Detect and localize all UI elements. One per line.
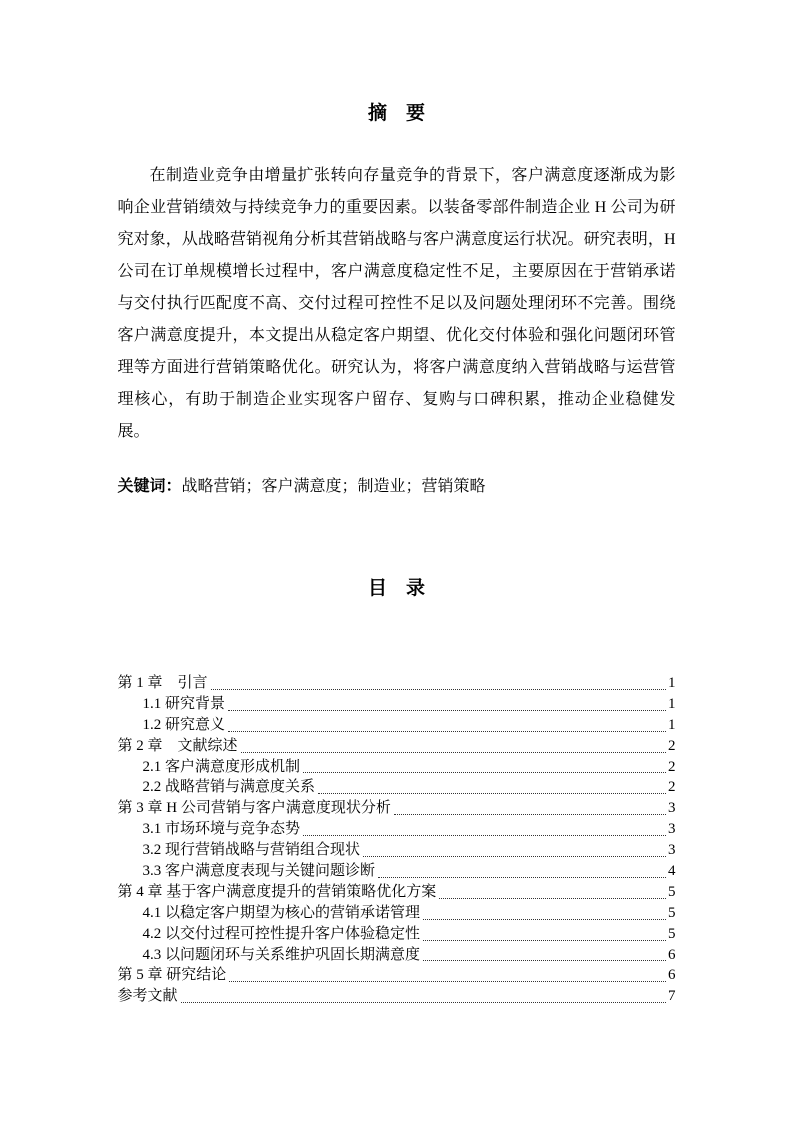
toc-page-number: 3 [668,819,676,840]
toc-title: 目 录 [0,578,793,600]
toc-list: 第 1 章 引言11.1 研究背景11.2 研究意义1第 2 章 文献综述22.… [118,673,676,1007]
toc-page-number: 1 [668,694,676,715]
keywords-line: 关键词：战略营销；客户满意度；制造业；营销策略 [118,475,676,499]
toc-entry-label: 4.1 以稳定客户期望为核心的营销承诺管理 [143,903,421,924]
toc-entry[interactable]: 第 2 章 文献综述2 [118,736,676,757]
toc-leader-dots [363,856,666,857]
toc-leader-dots [181,1002,666,1003]
toc-page-number: 5 [668,882,676,903]
toc-entry-label: 4.2 以交付过程可控性提升客户体验稳定性 [143,924,421,945]
toc-leader-dots [211,689,666,690]
toc-entry-label: 第 2 章 文献综述 [118,736,238,757]
toc-entry[interactable]: 第 3 章 H 公司营销与客户满意度现状分析3 [118,798,676,819]
toc-leader-dots [423,940,666,941]
toc-leader-dots [303,772,666,773]
toc-entry[interactable]: 第 5 章 研究结论6 [118,965,676,986]
toc-leader-dots [378,877,666,878]
toc-entry-label: 第 5 章 研究结论 [118,965,227,986]
toc-page-number: 6 [668,945,676,966]
toc-leader-dots [228,731,666,732]
toc-entry[interactable]: 4.3 以问题闭环与关系维护巩固长期满意度6 [118,945,676,966]
toc-page-number: 2 [668,777,676,798]
toc-page-number: 5 [668,903,676,924]
abstract-paragraph: 在制造业竞争由增量扩张转向存量竞争的背景下，客户满意度逐渐成为影响企业营销绩效与… [118,160,676,448]
toc-entry[interactable]: 2.2 战略营销与满意度关系2 [118,777,676,798]
toc-entry-label: 2.1 客户满意度形成机制 [143,757,301,778]
toc-leader-dots [228,710,666,711]
toc-entry-label: 3.3 客户满意度表现与关键问题诊断 [143,861,376,882]
toc-entry-label: 2.2 战略营销与满意度关系 [143,777,316,798]
abstract-title: 摘 要 [0,103,793,125]
toc-leader-dots [439,898,666,899]
toc-page-number: 6 [668,965,676,986]
document-page: 摘 要 在制造业竞争由增量扩张转向存量竞争的背景下，客户满意度逐渐成为影响企业营… [0,0,793,1122]
toc-entry-label: 参考文献 [118,986,178,1007]
toc-entry[interactable]: 第 1 章 引言1 [118,673,676,694]
toc-entry-label: 3.1 市场环境与竞争态势 [143,819,301,840]
toc-entry-label: 4.3 以问题闭环与关系维护巩固长期满意度 [143,945,421,966]
toc-page-number: 2 [668,736,676,757]
toc-leader-dots [303,835,666,836]
toc-page-number: 5 [668,924,676,945]
toc-entry[interactable]: 参考文献7 [118,986,676,1007]
keywords-text: 战略营销；客户满意度；制造业；营销策略 [182,478,486,495]
toc-page-number: 2 [668,757,676,778]
toc-page-number: 4 [668,861,676,882]
toc-page-number: 1 [668,673,676,694]
toc-entry[interactable]: 3.3 客户满意度表现与关键问题诊断4 [118,861,676,882]
toc-entry-label: 第 1 章 引言 [118,673,208,694]
toc-page-number: 3 [668,840,676,861]
toc-leader-dots [423,919,666,920]
toc-entry[interactable]: 1.1 研究背景1 [118,694,676,715]
toc-leader-dots [423,960,666,961]
toc-leader-dots [229,981,666,982]
toc-entry-label: 3.2 现行营销战略与营销组合现状 [143,840,361,861]
toc-entry[interactable]: 2.1 客户满意度形成机制2 [118,757,676,778]
toc-page-number: 7 [668,986,676,1007]
toc-entry-label: 1.2 研究意义 [143,715,226,736]
toc-page-number: 1 [668,715,676,736]
toc-entry[interactable]: 第 4 章 基于客户满意度提升的营销策略优化方案5 [118,882,676,903]
toc-entry-label: 第 3 章 H 公司营销与客户满意度现状分析 [118,798,391,819]
toc-entry[interactable]: 4.2 以交付过程可控性提升客户体验稳定性5 [118,924,676,945]
toc-entry-label: 1.1 研究背景 [143,694,226,715]
toc-page-number: 3 [668,798,676,819]
keywords-label: 关键词： [118,478,182,495]
toc-leader-dots [241,752,666,753]
toc-entry[interactable]: 3.1 市场环境与竞争态势3 [118,819,676,840]
toc-leader-dots [318,793,666,794]
toc-entry[interactable]: 4.1 以稳定客户期望为核心的营销承诺管理5 [118,903,676,924]
toc-entry-label: 第 4 章 基于客户满意度提升的营销策略优化方案 [118,882,437,903]
toc-entry[interactable]: 1.2 研究意义1 [118,715,676,736]
toc-entry[interactable]: 3.2 现行营销战略与营销组合现状3 [118,840,676,861]
toc-leader-dots [394,814,666,815]
